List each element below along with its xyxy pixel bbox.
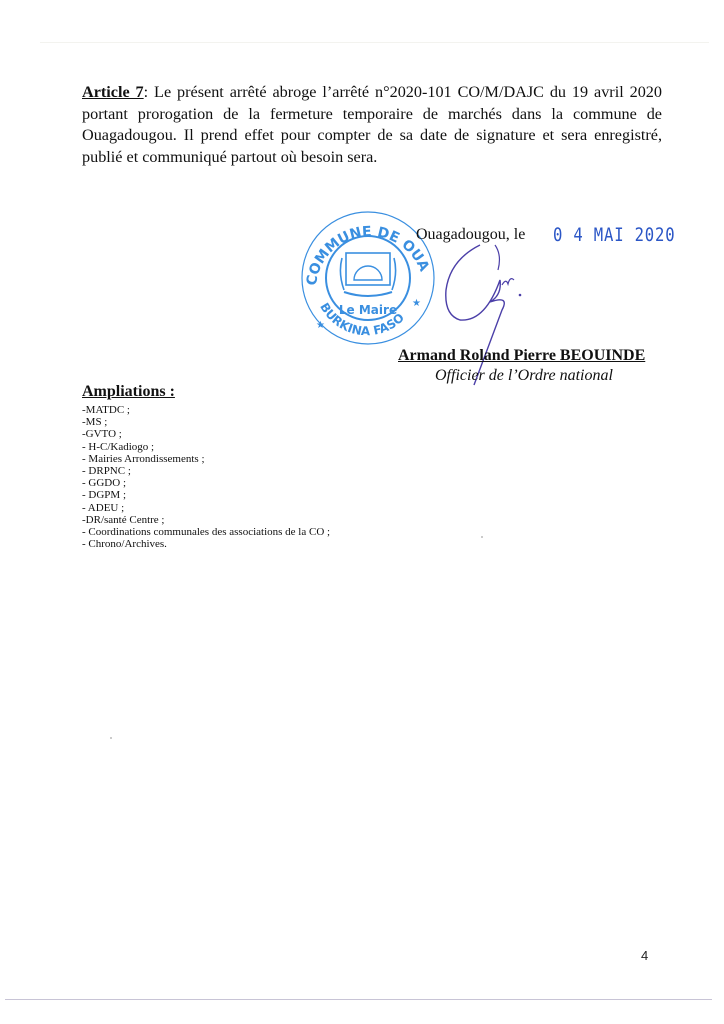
list-item: - DRPNC ; [82, 465, 330, 477]
page-number: 4 [641, 948, 648, 963]
star-icon: ★ [412, 298, 421, 309]
stamp-top-text: COMMUNE DE OUAGADOUGOU [298, 208, 432, 287]
scan-speck [110, 737, 112, 739]
stamp-center-text: Le Maire [339, 303, 397, 317]
list-item: - DGPM ; [82, 489, 330, 501]
list-item: -DR/santé Centre ; [82, 514, 330, 526]
list-item: - ADEU ; [82, 502, 330, 514]
article-text: : Le présent arrêté abroge l’arrêté n°20… [82, 83, 662, 166]
bottom-divider [5, 999, 712, 1000]
list-item: -MS ; [82, 416, 330, 428]
stamped-date: 0 4 MAI 2020 [553, 224, 675, 246]
list-item: - Mairies Arrondissements ; [82, 453, 330, 465]
ampliations-heading: Ampliations : [82, 383, 175, 401]
svg-text:COMMUNE DE OUAGADOUGOU: COMMUNE DE OUAGADOUGOU [298, 208, 432, 287]
list-item: - H-C/Kadiogo ; [82, 441, 330, 453]
list-item: -MATDC ; [82, 404, 330, 416]
scan-speck [481, 536, 483, 538]
list-item: - Coordinations communales des associati… [82, 526, 330, 538]
list-item: - Chrono/Archives. [82, 538, 330, 550]
ampliations-list: -MATDC ; -MS ; -GVTO ; - H-C/Kadiogo ; -… [82, 404, 330, 550]
signer-title: Officier de l’Ordre national [435, 367, 613, 385]
list-item: - GGDO ; [82, 477, 330, 489]
top-divider [40, 42, 709, 43]
signer-name: Armand Roland Pierre BEOUINDE [398, 347, 645, 365]
article-label: Article 7 [82, 83, 144, 101]
list-item: -GVTO ; [82, 428, 330, 440]
article-7-paragraph: Article 7: Le présent arrêté abroge l’ar… [82, 82, 662, 168]
star-icon: ★ [316, 320, 325, 331]
